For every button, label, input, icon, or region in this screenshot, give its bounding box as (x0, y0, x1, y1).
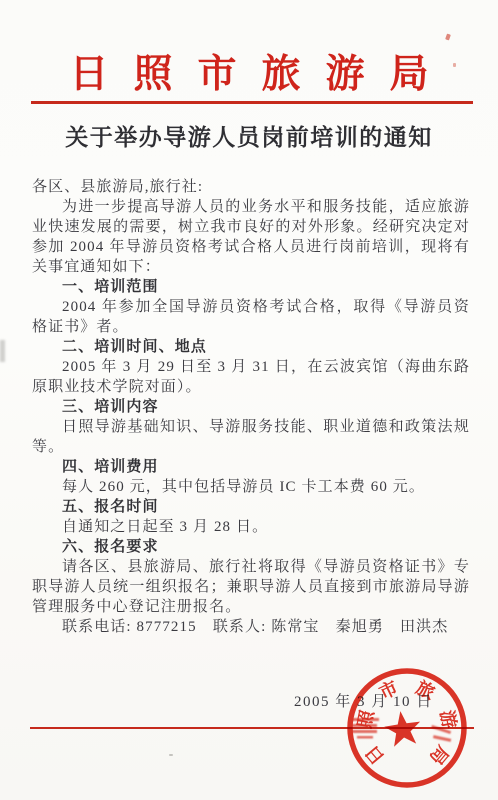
section-heading: 三、培训内容 (32, 397, 470, 417)
seal-character: 游 (436, 708, 460, 730)
seal-star-icon (382, 709, 423, 748)
document-page: 日照市旅游局 关于举办导游人员岗前培训的通知 各区、县旅游局,旅行社:为进一步提… (0, 0, 498, 800)
body-paragraph: 自通知之日起至 3 月 28 日。 (32, 517, 470, 537)
section-heading: 四、培训费用 (32, 457, 470, 477)
body-paragraph: 每人 260 元，其中包括导游员 IC 卡工本费 60 元。 (32, 477, 470, 497)
body-paragraph: 各区、县旅游局,旅行社: (32, 177, 470, 197)
body-paragraph: 日照导游基础知识、导游服务技能、职业道德和政策法规等。 (32, 417, 470, 457)
seal-text-ring: 日照市旅游局 (354, 676, 460, 768)
scan-artifact-gray-speck (169, 754, 173, 756)
section-heading: 一、培训范围 (32, 277, 470, 297)
seal-character: 照 (354, 707, 378, 730)
official-seal: 日照市旅游局 (337, 658, 477, 798)
body-paragraph: 2005 年 3 月 29 日至 3 月 31 日，在云波宾馆（海曲东路原职业技… (32, 357, 470, 397)
document-title: 关于举办导游人员岗前培训的通知 (0, 122, 498, 154)
body-paragraph: 请各区、县旅游局、旅行社将取得《导游员资格证书》专职导游人员统一组织报名；兼职导… (32, 557, 470, 617)
letterhead-divider (31, 101, 473, 104)
body-paragraph: 为进一步提高导游人员的业务水平和服务技能，适应旅游业快速发展的需要，树立我市良好… (32, 197, 470, 277)
body-paragraph: 联系电话: 8777215 联系人: 陈常宝 秦旭勇 田洪杰 (32, 617, 470, 637)
section-heading: 二、培训时间、地点 (32, 337, 470, 357)
section-heading: 五、报名时间 (32, 497, 470, 517)
scan-artifact-edge-smudge (0, 340, 5, 362)
body-paragraph: 2004 年参加全国导游员资格考试合格，取得《导游员资格证书》者。 (32, 297, 470, 337)
letterhead-org-name: 日照市旅游局 (0, 50, 498, 100)
section-heading: 六、报名要求 (32, 537, 470, 557)
document-body: 各区、县旅游局,旅行社:为进一步提高导游人员的业务水平和服务技能，适应旅游业快速… (32, 177, 470, 637)
scan-artifact-red-speck (445, 33, 451, 40)
